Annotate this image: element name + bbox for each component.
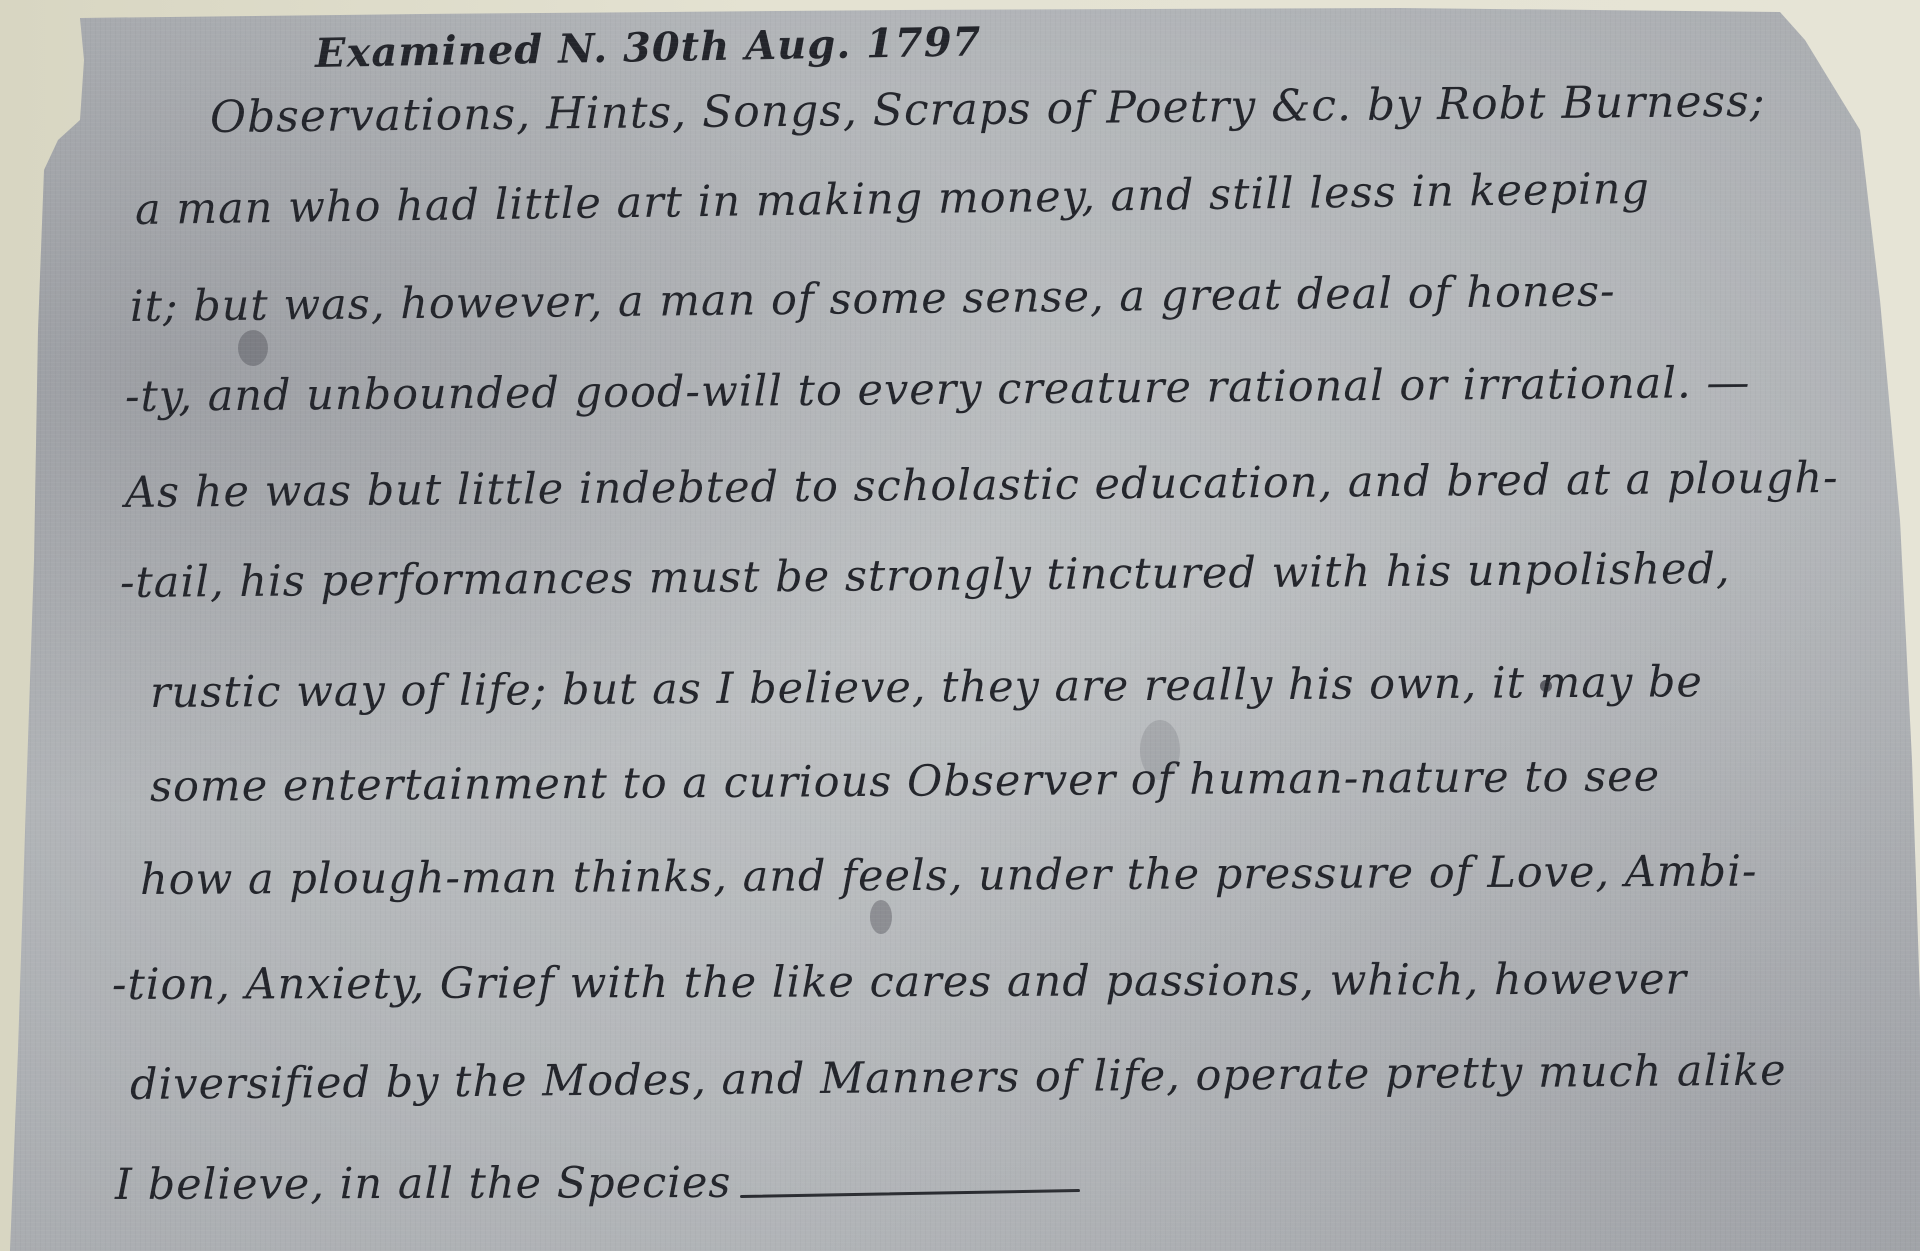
text-line-5: -tail, his performances must be strongly…	[120, 544, 1731, 608]
text-line-11: I believe, in all the Species	[115, 1158, 732, 1210]
text-line-10: diversified by the Modes, and Manners of…	[130, 1046, 1787, 1110]
text-line-6: rustic way of life; but as I believe, th…	[150, 657, 1703, 718]
text-line-9: -tion, Anxiety, Grief with the like care…	[112, 955, 1687, 1010]
ink-stain	[870, 900, 892, 934]
text-line-4: As he was but little indebted to scholas…	[125, 453, 1839, 518]
ink-stain	[238, 330, 268, 366]
closing-flourish-line	[740, 1189, 1080, 1198]
manuscript-page: Examined N. 30th Aug. 1797 Observations,…	[0, 0, 1920, 1251]
text-line-3: -ty, and unbounded good-will to every cr…	[125, 358, 1751, 422]
text-line-1: a man who had little art in making money…	[135, 164, 1651, 235]
examined-header: Examined N. 30th Aug. 1797	[315, 18, 982, 77]
text-line-2: it; but was, however, a man of some sens…	[130, 266, 1616, 332]
text-line-7: some entertainment to a curious Observer…	[150, 751, 1660, 812]
text-line-8: how a plough-man thinks, and feels, unde…	[140, 847, 1758, 905]
manuscript-title: Observations, Hints, Songs, Scraps of Po…	[210, 76, 1766, 143]
